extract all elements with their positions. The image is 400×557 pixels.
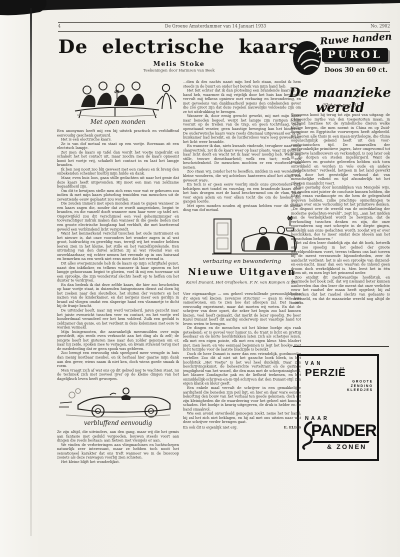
middle-column-text-top: ...dien ik des nachts naast mijn bed heb… (183, 80, 301, 213)
purol-script: Ruwe handen (320, 32, 393, 48)
cartoon-dinner-table (57, 79, 179, 119)
newspaper-page: 4 De Groene Amsterdammer van 14 Januari … (0, 0, 400, 557)
article-author: Melis Stoke (58, 60, 300, 68)
purol-ad: Ruwe handen PUROL Doos 30 en 60 ct. (292, 33, 392, 79)
caption-met-open-monden: Met open monden (57, 119, 179, 126)
masthead: De Groene Amsterdammer van 14 Januari 19… (61, 24, 371, 29)
pander-suffix: & ZONEN (327, 444, 367, 451)
review-paragraphs: Vier eigenaardige — om geheel verschille… (183, 292, 301, 424)
cartoon-couch-scene (210, 214, 300, 258)
article-title: De electrische kaars (58, 36, 300, 58)
caption-verbazing-en-bewondering: verbazing en bewondering (183, 259, 301, 265)
purol-price: Doos 30 en 60 ct. (320, 66, 392, 74)
pander-ad: VAN PERZIË GROOTE ZENDING KLEEDJES NAAR … (297, 354, 379, 461)
pander-underline (312, 441, 369, 443)
article-credit: Teekeningen door Harmsen van Beek (58, 68, 300, 73)
issue-number: No. 2902 (371, 24, 390, 29)
purol-brand: PUROL (322, 48, 388, 62)
pander-notes: GROOTE ZENDING KLEEDJES (335, 380, 373, 400)
scan-fold-line (30, 8, 32, 536)
review-signature: E. ELIAS (284, 425, 301, 429)
right-headline: De maanzieke wereld (286, 86, 394, 116)
left-column-text-top: Een anonymus heeft mij een bij uitstek p… (57, 129, 179, 381)
middle-column-text-bottom: Vier eigenaardige — om geheel verschille… (183, 292, 301, 456)
header-strip: 4 De Groene Amsterdammer van 14 Januari … (58, 24, 390, 31)
scan-edge-top (0, 0, 400, 22)
article-credit-box: Teekeningen door Harmsen van Beek (58, 68, 300, 74)
header-rule-bottom (58, 31, 390, 32)
review-closing-line: En ook dit is eigenlijk niet erg. (183, 425, 238, 429)
pander-note-3: KLEEDJES (335, 389, 373, 393)
right-end-rule (293, 346, 389, 347)
pander-brand: PANDER (311, 422, 376, 441)
left-column-text-bottom: Ze zijn altijd, die uitvinders, aan den … (57, 430, 179, 468)
right-column-text: Trouwens komt hij terug tot zijn punt va… (291, 113, 390, 343)
section-heading-nieuwe-uitgaven: Nieuwe Uitgaven (183, 268, 301, 278)
review-closing-row: En ook dit is eigenlijk niet erg. E. ELI… (183, 425, 301, 429)
right-subnote-box: (Slot van pag. 3) (288, 103, 392, 110)
cartoon-racing-car (58, 383, 178, 419)
caption-verbluffend-eenvoudig: verbluffend eenvoudig (58, 420, 178, 427)
book-ref-box: Karel Dunant, Het Grafteeken. P. N. van … (183, 280, 301, 291)
book-ref: Karel Dunant, Het Grafteeken. P. N. van … (183, 280, 301, 285)
pander-place: PERZIË (305, 367, 346, 379)
right-subnote: (Slot van pag. 3) (288, 103, 392, 108)
